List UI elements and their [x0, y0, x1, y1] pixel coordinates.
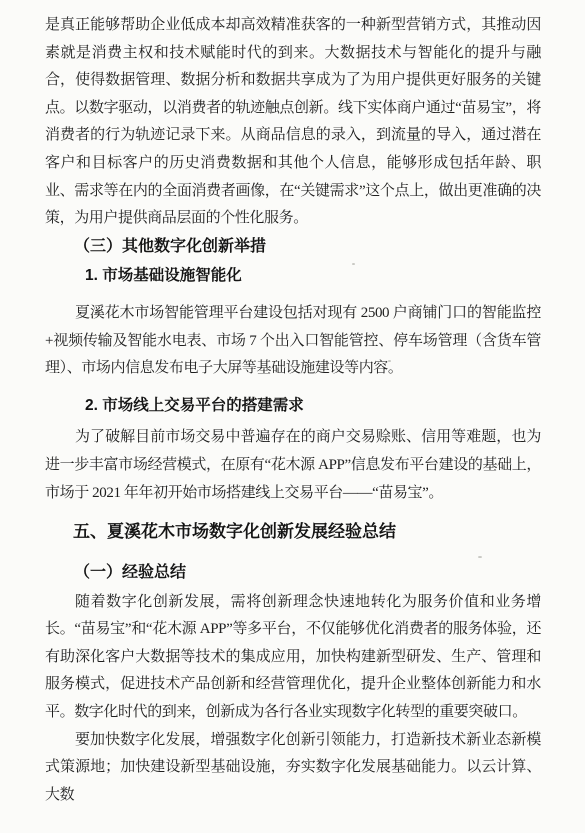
sub-heading-2-online-trading-platform: 2. 市场线上交易平台的搭建需求: [45, 392, 541, 420]
body-paragraph-trading-platform: 为了破解目前市场交易中普遍存在的商户交易赊账、信用等难题，也为进一步丰富市场经营…: [45, 424, 541, 507]
section-heading-3-other-digital-measures: （三）其他数字化创新举措: [45, 233, 541, 261]
sub-heading-1-infrastructure-intelligence: 1. 市场基础设施智能化: [45, 262, 541, 290]
section-heading-1-experience-summary: （一）经验总结: [45, 559, 541, 587]
scan-artifact-speckle: [388, 360, 391, 362]
body-paragraph-accelerate-digital: 要加快数字化发展，增强数字化创新引领能力，打造新技术新业态新模式策源地；加快建设…: [45, 727, 541, 810]
scan-artifact-speckle: [478, 556, 482, 558]
chapter-heading-5-experience-summary: 五、夏溪花木市场数字化创新发展经验总结: [45, 517, 541, 547]
body-paragraph-experience: 随着数字化创新发展，需将创新理念快速地转化为服务价值和业务增长。“苗易宝”和“花…: [45, 589, 541, 727]
scan-artifact-speckle: [352, 263, 355, 265]
body-paragraph-continuation: 是真正能够帮助企业低成本却高效精准获客的一种新型营销方式，其推动因素就是消费主权…: [45, 12, 541, 233]
document-page: 是真正能够帮助企业低成本却高效精准获客的一种新型营销方式，其推动因素就是消费主权…: [0, 0, 585, 833]
body-paragraph-infrastructure: 夏溪花木市场智能管理平台建设包括对现有 2500 户商铺门口的智能监控+视频传输…: [45, 300, 541, 383]
